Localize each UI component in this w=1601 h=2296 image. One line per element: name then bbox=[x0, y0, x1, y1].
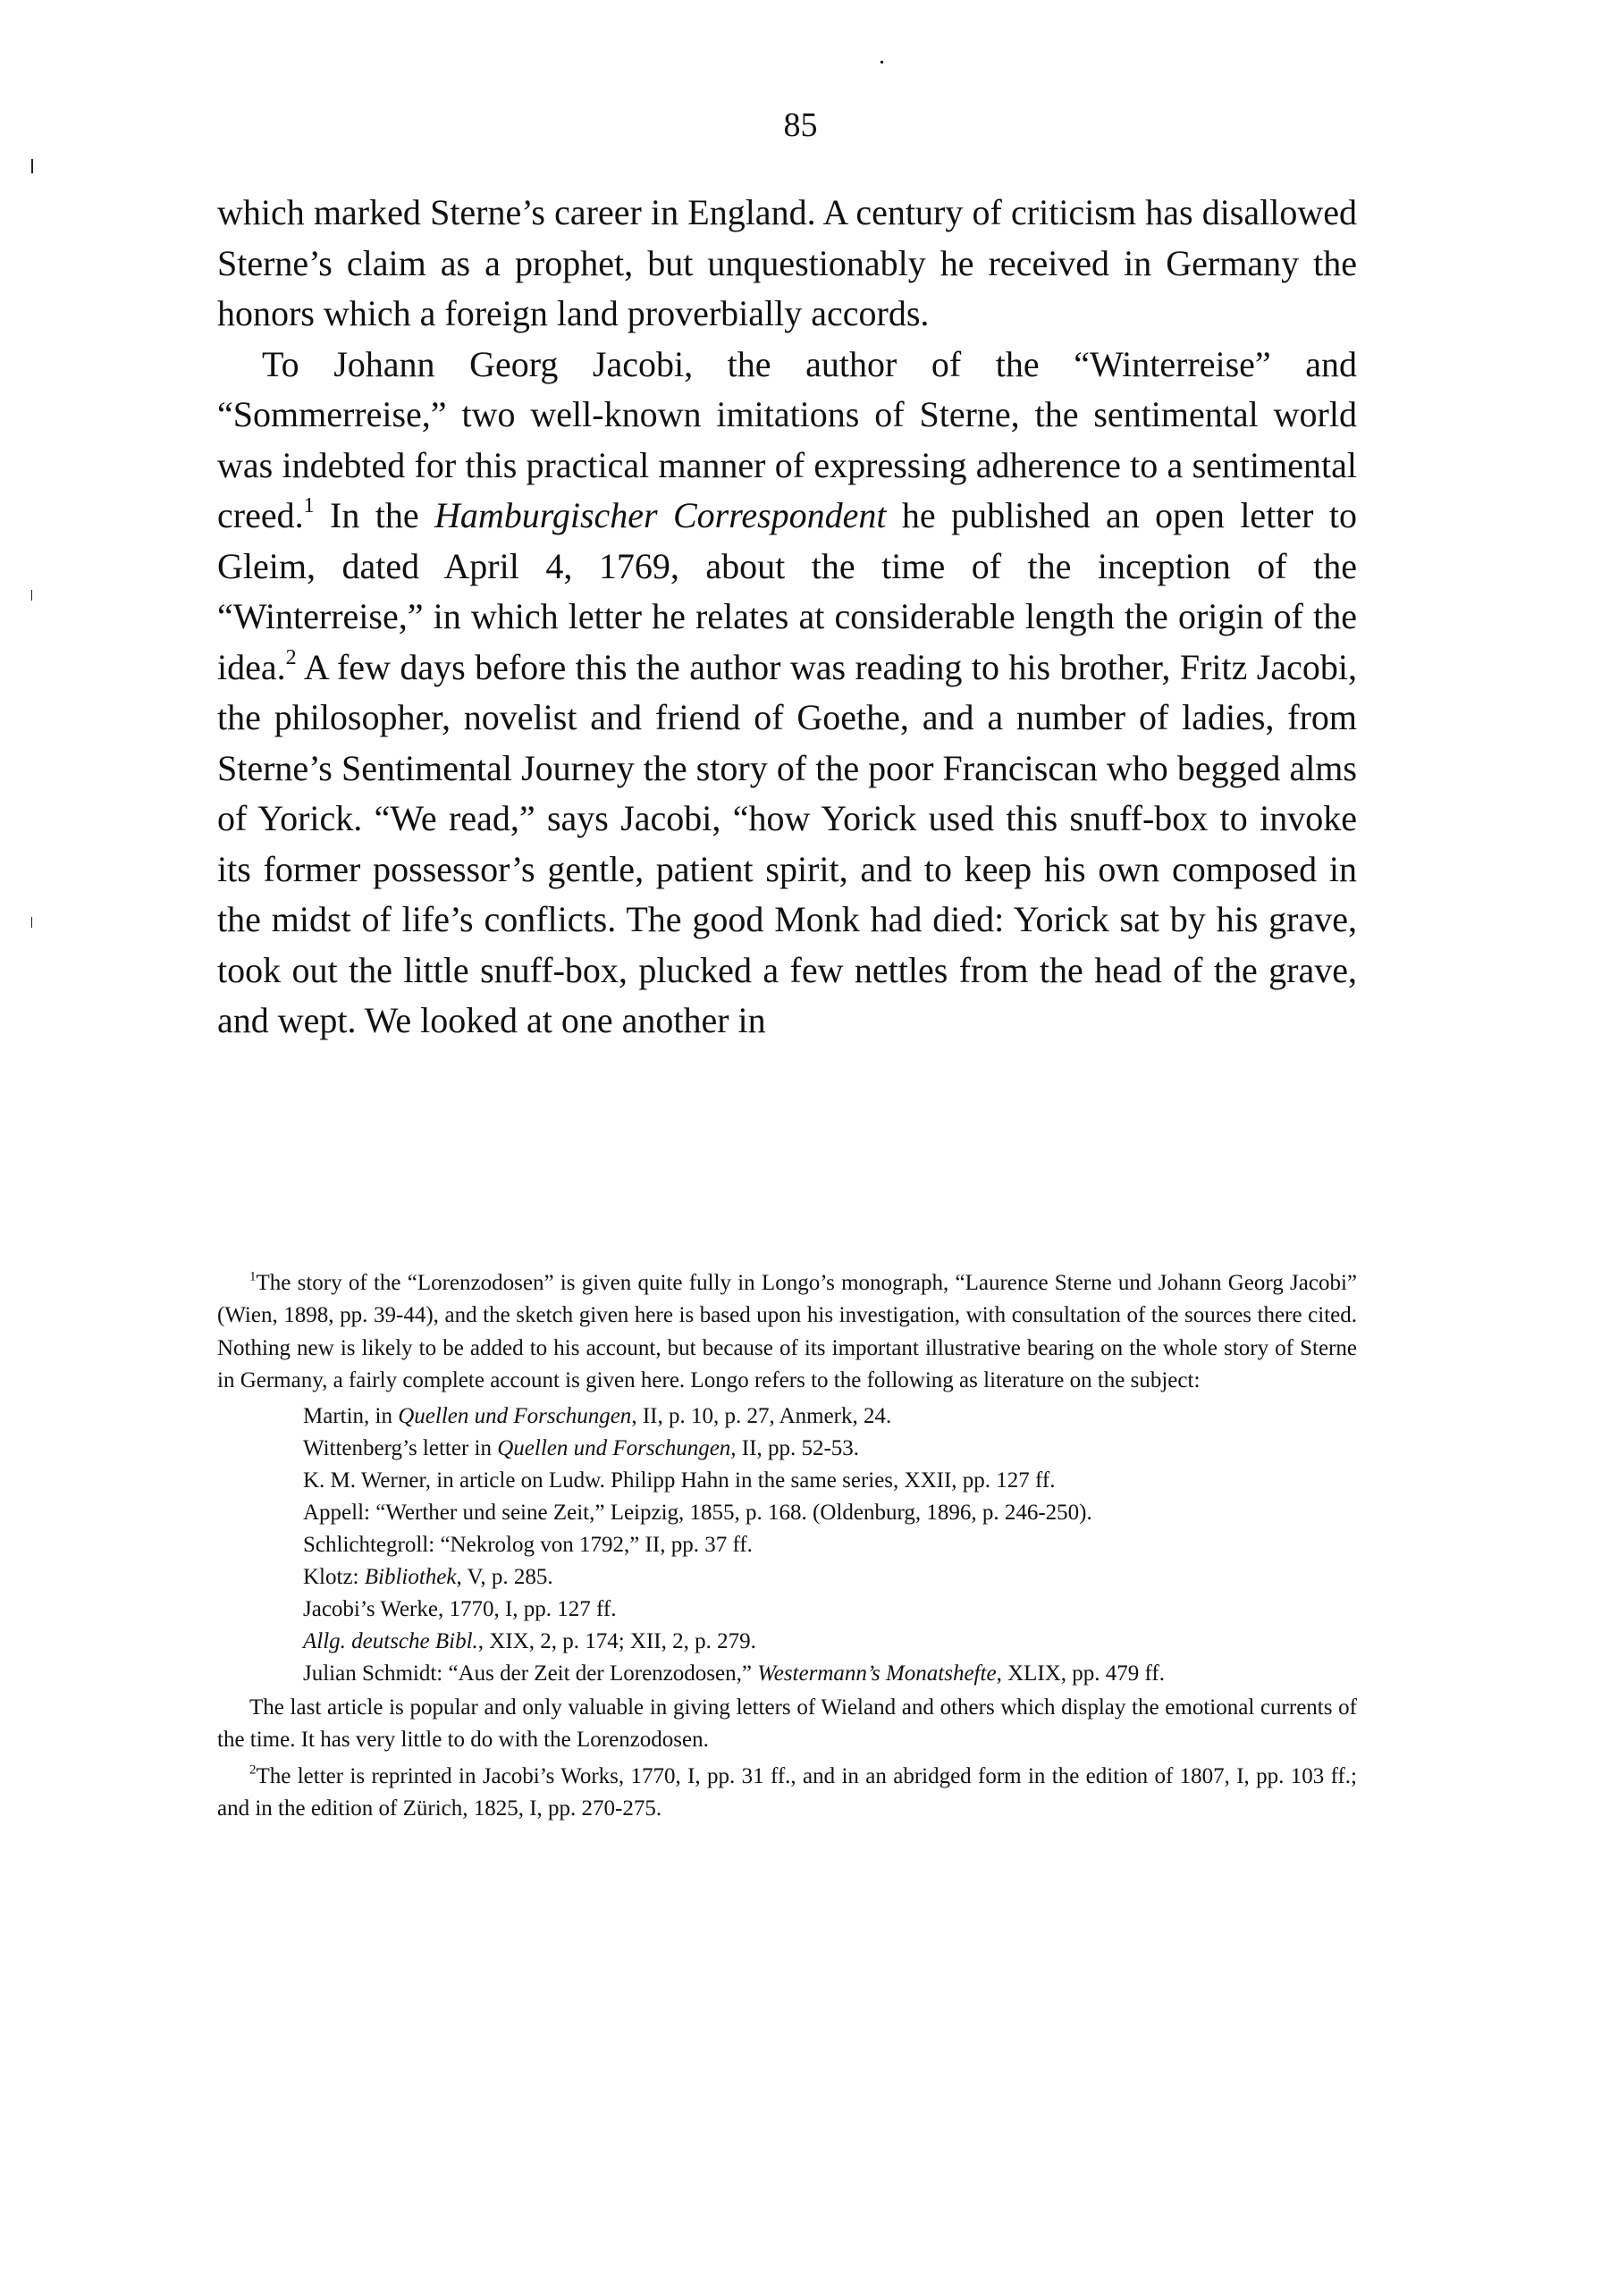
text-run: In the bbox=[315, 495, 434, 535]
scan-artifact bbox=[31, 590, 32, 601]
reference-item: Wittenberg’s letter in Quellen und Forsc… bbox=[303, 1433, 1357, 1465]
scan-artifact bbox=[881, 61, 883, 63]
footnote-text: The letter is reprinted in Jacobi’s Work… bbox=[217, 1764, 1357, 1821]
paragraph: To Johann Georg Jacobi, the author of th… bbox=[217, 340, 1357, 1047]
reference-item: Appell: “Werther und seine Zeit,” Leipzi… bbox=[303, 1497, 1357, 1529]
paragraph: which marked Sterne’s career in England.… bbox=[217, 188, 1357, 340]
footnote-marker: 2 bbox=[249, 1762, 257, 1777]
footnote-ref[interactable]: 2 bbox=[286, 646, 297, 669]
scan-artifact bbox=[31, 917, 32, 928]
footnote-ref[interactable]: 1 bbox=[304, 494, 315, 517]
reference-item: K. M. Werner, in article on Ludw. Philip… bbox=[303, 1465, 1357, 1497]
body-text: which marked Sterne’s career in England.… bbox=[217, 188, 1357, 1047]
reference-item: Allg. deutsche Bibl., XIX, 2, p. 174; XI… bbox=[303, 1626, 1357, 1658]
text-run: A few days before this the author was re… bbox=[217, 647, 1357, 1041]
footnotes: 1The story of the “Lorenzodosen” is give… bbox=[217, 1267, 1357, 1825]
reference-item: Jacobi’s Werke, 1770, I, pp. 127 ff. bbox=[303, 1594, 1357, 1626]
footnote-1: 1The story of the “Lorenzodosen” is give… bbox=[217, 1267, 1357, 1397]
page-number: 85 bbox=[0, 105, 1601, 145]
reference-item: Martin, in Quellen und Forschungen, II, … bbox=[303, 1400, 1357, 1433]
reference-item: Julian Schmidt: “Aus der Zeit der Lorenz… bbox=[303, 1658, 1357, 1690]
reference-item: Schlichtegroll: “Nekrolog von 1792,” II,… bbox=[303, 1529, 1357, 1561]
reference-item: Klotz: Bibliothek, V, p. 285. bbox=[303, 1561, 1357, 1594]
footnote-marker: 1 bbox=[249, 1270, 257, 1284]
footnote-text: The story of the “Lorenzodosen” is given… bbox=[217, 1271, 1357, 1392]
footnote-1-closing: The last article is popular and only val… bbox=[217, 1692, 1357, 1757]
scan-artifact bbox=[31, 159, 33, 173]
reference-list: Martin, in Quellen und Forschungen, II, … bbox=[217, 1400, 1357, 1690]
footnote-2: 2The letter is reprinted in Jacobi’s Wor… bbox=[217, 1761, 1357, 1826]
italic-title: Hamburgischer Correspondent bbox=[434, 495, 887, 535]
